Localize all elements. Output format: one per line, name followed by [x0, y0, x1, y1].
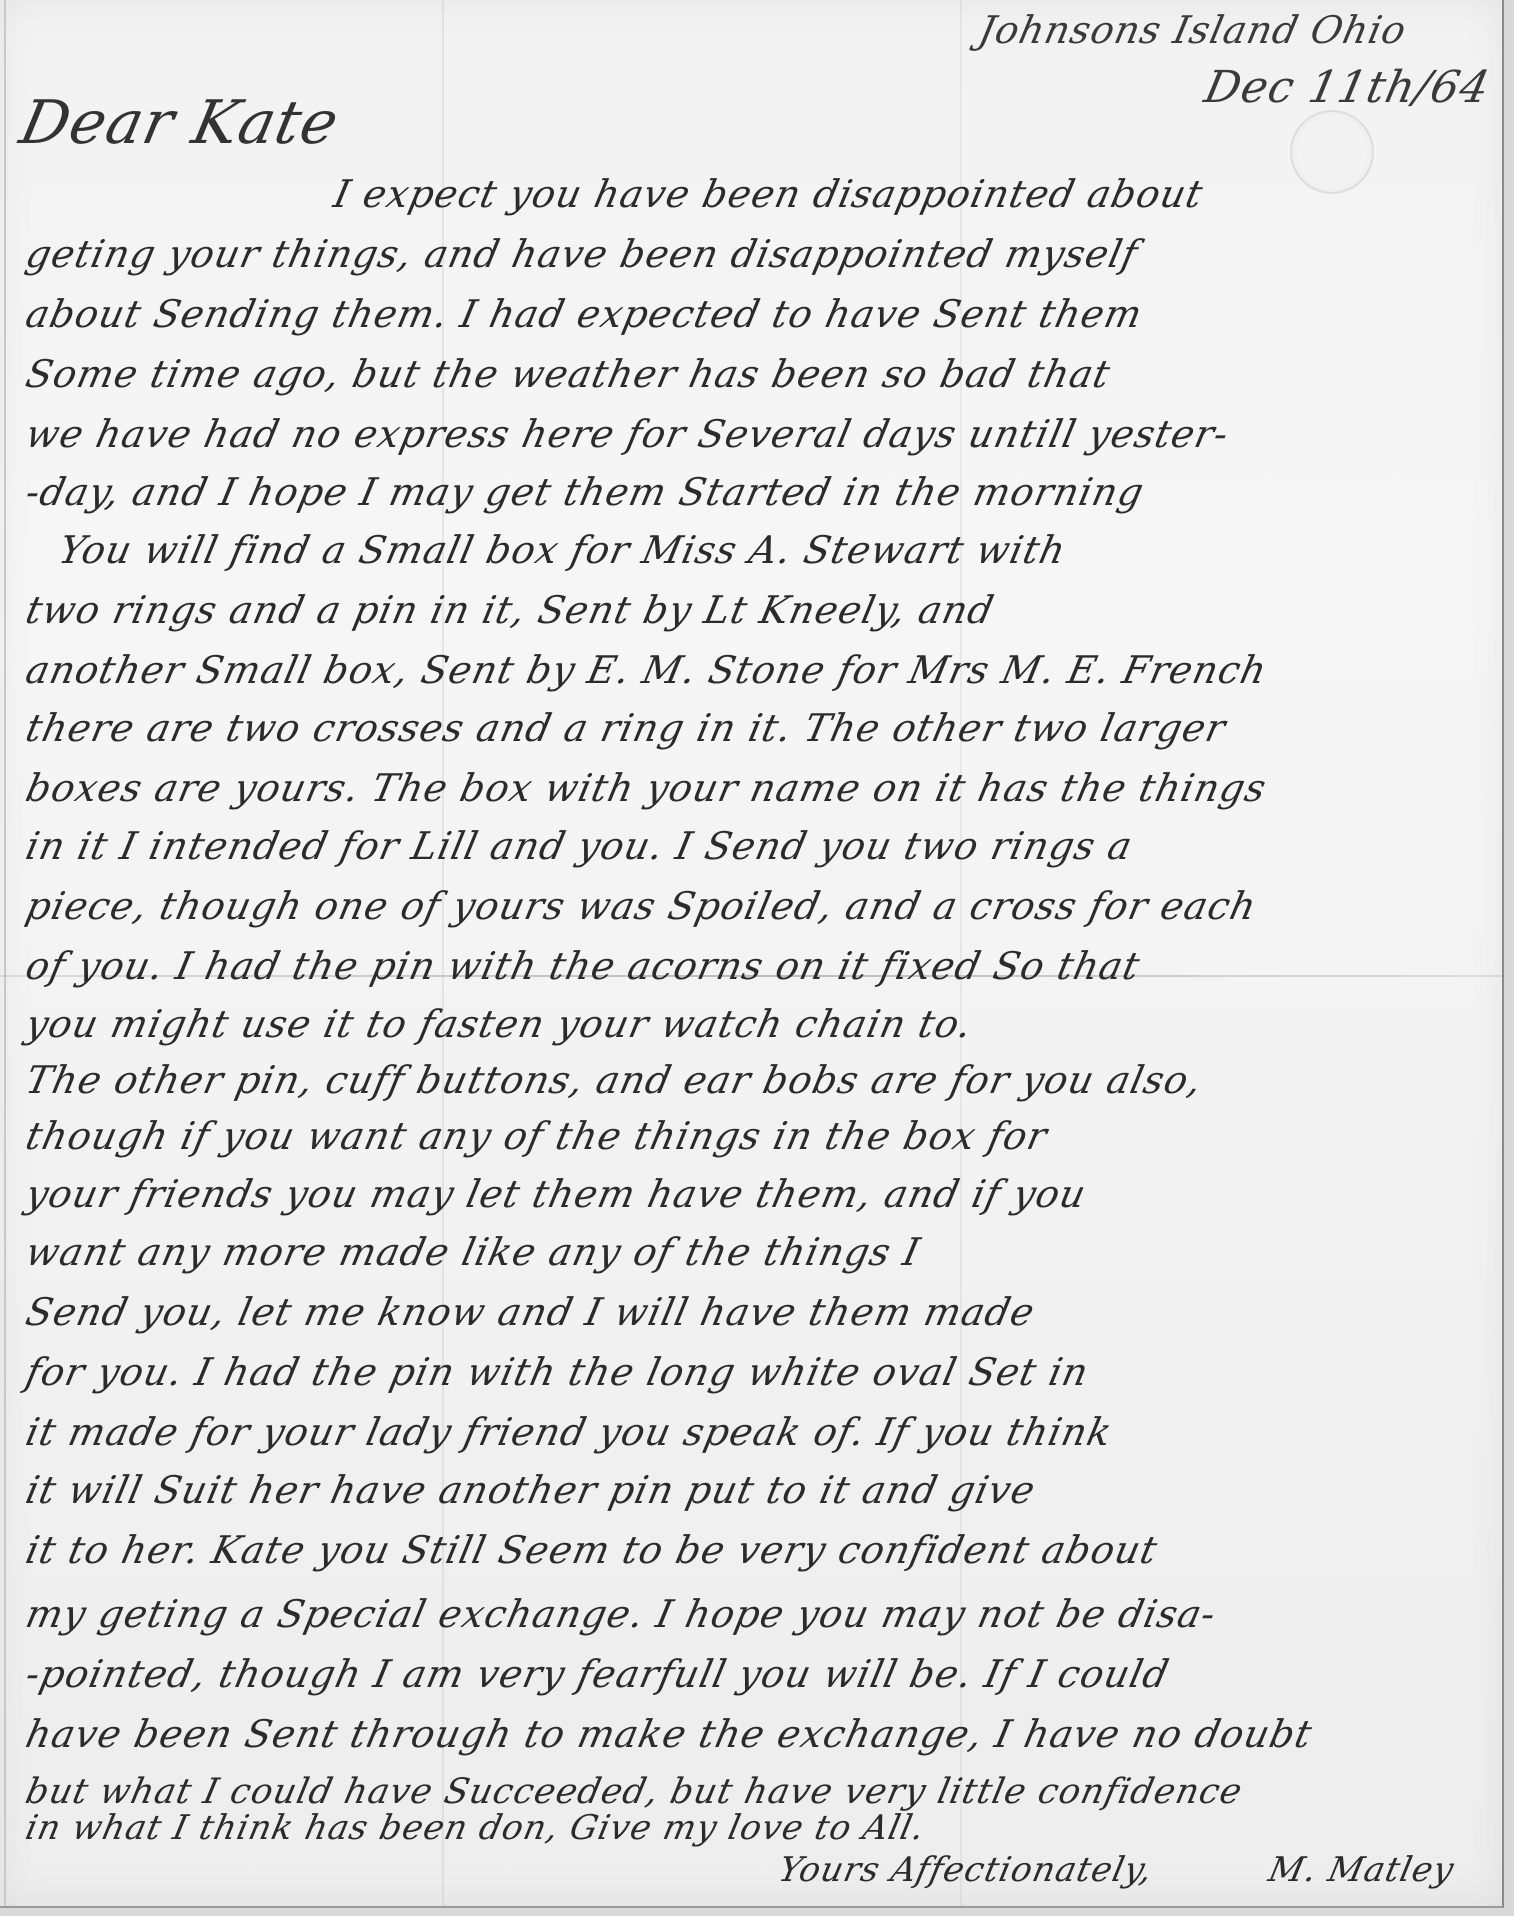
- body-line-6: -day, and I hope I may get them Started …: [22, 470, 1501, 514]
- body-line-21: for you. I had the pin with the long whi…: [22, 1350, 1501, 1394]
- salutation: Dear Kate: [14, 88, 345, 158]
- body-line-3: about Sending them. I had expected to ha…: [22, 292, 1501, 336]
- letter-date: Dec 11th/64: [1200, 62, 1495, 113]
- body-line-12: in it I intended for Lill and you. I Sen…: [22, 824, 1501, 868]
- body-line-20: Send you, let me know and I will have th…: [22, 1290, 1501, 1334]
- body-line-22: it made for your lady friend you speak o…: [22, 1410, 1501, 1454]
- body-line-17: though if you want any of the things in …: [22, 1114, 1501, 1158]
- body-line-26: -pointed, though I am very fearfull you …: [22, 1652, 1501, 1696]
- body-line-5: we have had no express here for Several …: [22, 412, 1501, 456]
- body-line-15: you might use it to fasten your watch ch…: [22, 1002, 1231, 1046]
- body-line-13: piece, though one of yours was Spoiled, …: [22, 884, 1501, 928]
- page-left-edge: [4, 0, 6, 1906]
- body-line-24: it to her. Kate you Still Seem to be ver…: [22, 1528, 1501, 1572]
- body-line-23: it will Suit her have another pin put to…: [22, 1468, 1501, 1512]
- closing: Yours Affectionately,: [775, 1850, 1157, 1890]
- body-line-16: The other pin, cuff buttons, and ear bob…: [22, 1058, 1501, 1102]
- body-line-4: Some time ago, but the weather has been …: [22, 352, 1501, 396]
- body-line-19: want any more made like any of the thing…: [22, 1230, 1501, 1274]
- letter-page: Johnsons Island Ohio Dec 11th/64 Dear Ka…: [0, 0, 1504, 1908]
- body-line-14: of you. I had the pin with the acorns on…: [22, 944, 1501, 988]
- body-line-27: have been Sent through to make the excha…: [22, 1712, 1501, 1756]
- body-line-9: another Small box, Sent by E. M. Stone f…: [22, 648, 1501, 692]
- body-line-2: geting your things, and have been disapp…: [22, 232, 1501, 276]
- body-line-1: I expect you have been disappointed abou…: [330, 172, 1489, 216]
- letter-place: Johnsons Island Ohio: [975, 8, 1411, 52]
- body-line-18: your friends you may let them have them,…: [22, 1172, 1501, 1216]
- signature: M. Matley: [1265, 1850, 1458, 1890]
- body-line-8: two rings and a pin in it, Sent by Lt Kn…: [22, 588, 1501, 632]
- body-line-10: there are two crosses and a ring in it. …: [22, 706, 1501, 750]
- body-line-25: my geting a Special exchange. I hope you…: [22, 1592, 1501, 1636]
- body-line-28: but what I could have Succeeded, but hav…: [22, 1772, 1501, 1812]
- body-line-29: in what I think has been don, Give my lo…: [22, 1808, 1091, 1848]
- body-line-11: boxes are yours. The box with your name …: [22, 766, 1501, 810]
- body-line-7: You will find a Small box for Miss A. St…: [55, 528, 1504, 572]
